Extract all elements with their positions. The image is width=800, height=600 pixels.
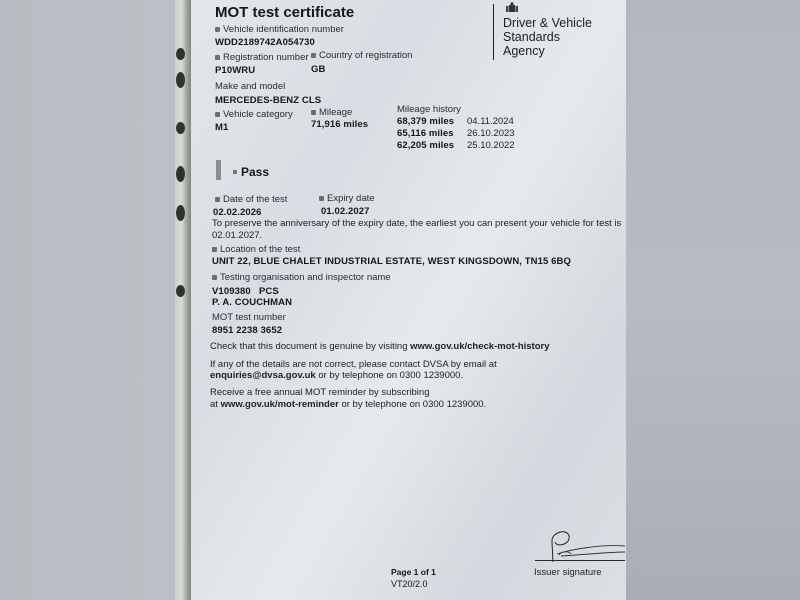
issuer-name: Driver & Vehicle Standards Agency [503,16,592,58]
testing-org-value: V109380 PCS [212,286,279,297]
mileage-history-row: 68,379 miles 04.11.2024 [397,116,515,128]
mileage-history-row: 65,116 miles 26.10.2023 [397,128,515,140]
punch-hole [176,285,185,297]
make-model-label: Make and model [215,81,285,92]
field-icon [215,27,220,32]
check-mot-history-link[interactable]: www.gov.uk/check-mot-history [410,341,549,352]
result-status: Pass [233,163,269,181]
earliest-test-date: 02.01.2027. [212,230,262,241]
result-bar [216,160,221,180]
genuine-check-text: Check that this document is genuine by v… [210,341,550,352]
registration-label: Registration number [215,52,309,63]
punch-hole [176,48,185,60]
issuer-signature-mark [539,528,627,564]
country-value: GB [311,64,325,75]
field-icon [311,53,316,58]
reminder-text-2: at www.gov.uk/mot-reminder or by telepho… [210,399,486,410]
person-icon [212,275,217,280]
vin-label: Vehicle identification number [215,24,344,35]
reminder-text: Receive a free annual MOT reminder by su… [210,387,429,398]
contact-text: If any of the details are not correct, p… [210,359,497,370]
document-title: MOT test certificate [215,4,354,21]
punched-pocket-strip [175,0,191,600]
background-surface [626,0,800,600]
issuer-divider [493,4,494,60]
mileage-history-list: 68,379 miles 04.11.2024 65,116 miles 26.… [397,116,515,152]
mileage-history-row: 62,205 miles 25.10.2022 [397,140,515,152]
calendar-icon [319,196,324,201]
expiry-value: 01.02.2027 [321,206,370,217]
location-icon [212,247,217,252]
anniversary-note: To preserve the anniversary of the expir… [212,218,621,229]
punch-hole [176,166,185,182]
test-number-value: 8951 2238 3652 [212,325,282,336]
punch-hole [176,72,185,88]
test-number-label: MOT test number [212,312,286,323]
test-date-label: Date of the test [215,194,287,205]
field-icon [215,55,220,60]
category-label: Vehicle category [215,109,293,120]
registration-value: P10WRU [215,65,255,76]
calendar-icon [215,197,220,202]
field-icon [215,112,220,117]
country-label: Country of registration [311,50,412,61]
punch-hole [176,205,185,221]
punch-hole [176,122,185,134]
signature-line [535,560,625,561]
mileage-label: Mileage [311,107,352,118]
contact-text-2: enquiries@dvsa.gov.uk or by telephone on… [210,370,463,381]
mileage-value: 71,916 miles [311,119,368,130]
vin-value: WDD2189742A054730 [215,37,315,48]
mileage-history-label: Mileage history [397,104,461,115]
mot-reminder-link[interactable]: www.gov.uk/mot-reminder [221,399,339,410]
category-value: M1 [215,122,228,133]
test-date-value: 02.02.2026 [213,207,262,218]
expiry-label: Expiry date [319,193,375,204]
result-icon [233,170,237,174]
page-number: Page 1 of 1 [391,567,436,577]
inspector-name: P. A. COUCHMAN [212,297,292,308]
form-code: VT20/2.0 [391,579,428,589]
location-label: Location of the test [212,244,300,255]
mot-certificate: MOT test certificate Driver & Vehicle St… [191,0,626,600]
royal-crest-icon [505,2,519,14]
field-icon [311,110,316,115]
location-value: UNIT 22, BLUE CHALET INDUSTRIAL ESTATE, … [212,256,571,267]
dvsa-email-link[interactable]: enquiries@dvsa.gov.uk [210,370,316,381]
org-label: Testing organisation and inspector name [212,272,391,283]
make-model-value: MERCEDES-BENZ CLS [215,95,321,106]
issuer-signature-label: Issuer signature [534,567,602,578]
